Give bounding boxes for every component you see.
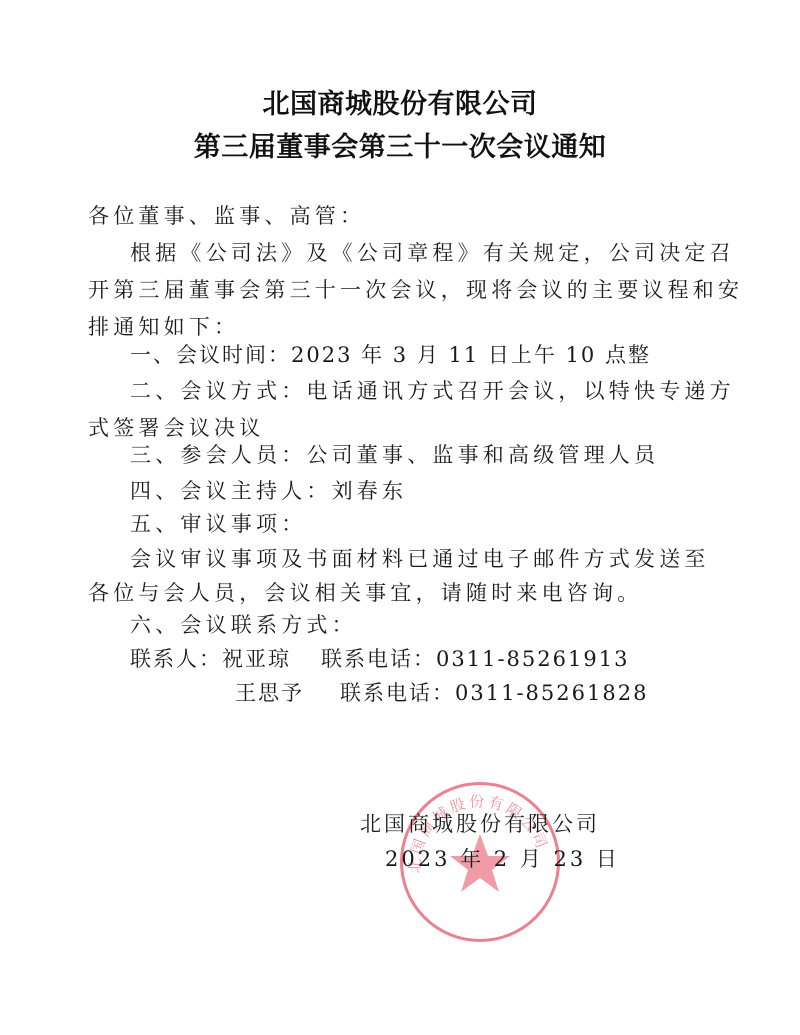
contact-phone: 0311-85261828: [455, 681, 648, 705]
item-review-text-cont: 各位与会人员，会议相关事宜，请随时来电咨询。: [88, 578, 642, 608]
contact-phone: 0311-85261913: [436, 647, 629, 671]
contact-label: 联系人：: [130, 647, 222, 671]
signature-date: 2023 年 2 月 23 日: [385, 843, 620, 873]
contact-phone-label: 联系电话：: [340, 681, 455, 705]
item-review-heading: 五、审议事项：: [130, 509, 306, 539]
item-meeting-method-cont: 式签署会议决议: [88, 413, 264, 443]
salutation: 各位董事、监事、高管：: [88, 201, 365, 231]
intro-line: 根据《公司法》及《公司章程》有关规定，公司决定召: [130, 238, 735, 268]
contact-name: 祝亚琼: [222, 647, 291, 671]
intro-line: 开第三届董事会第三十一次会议，现将会议的主要议程和安: [88, 275, 743, 305]
signature-company: 北国商城股份有限公司: [360, 808, 600, 838]
item-host: 四、会议主持人：刘春东: [130, 476, 407, 506]
item-review-text: 会议审议事项及书面材料已通过电子邮件方式发送至: [130, 544, 710, 574]
notice-title: 第三届董事会第三十一次会议通知: [0, 125, 800, 164]
contact-phone-label: 联系电话：: [321, 647, 436, 671]
company-title: 北国商城股份有限公司: [0, 82, 800, 121]
contact-row: 联系人：祝亚琼联系电话：0311-85261913: [130, 644, 629, 674]
item-contact-heading: 六、会议联系方式：: [130, 610, 357, 640]
item-meeting-time: 一、会议时间：2023 年 3 月 11 日上午 10 点整: [130, 340, 651, 370]
intro-line: 排通知如下：: [88, 312, 239, 342]
item-attendees: 三、参会人员：公司董事、监事和高级管理人员: [130, 440, 659, 470]
contact-row: 王思予联系电话：0311-85261828: [235, 678, 648, 708]
contact-name: 王思予: [235, 681, 304, 705]
item-meeting-method: 二、会议方式：电话通讯方式召开会议，以特快专递方: [130, 376, 735, 406]
